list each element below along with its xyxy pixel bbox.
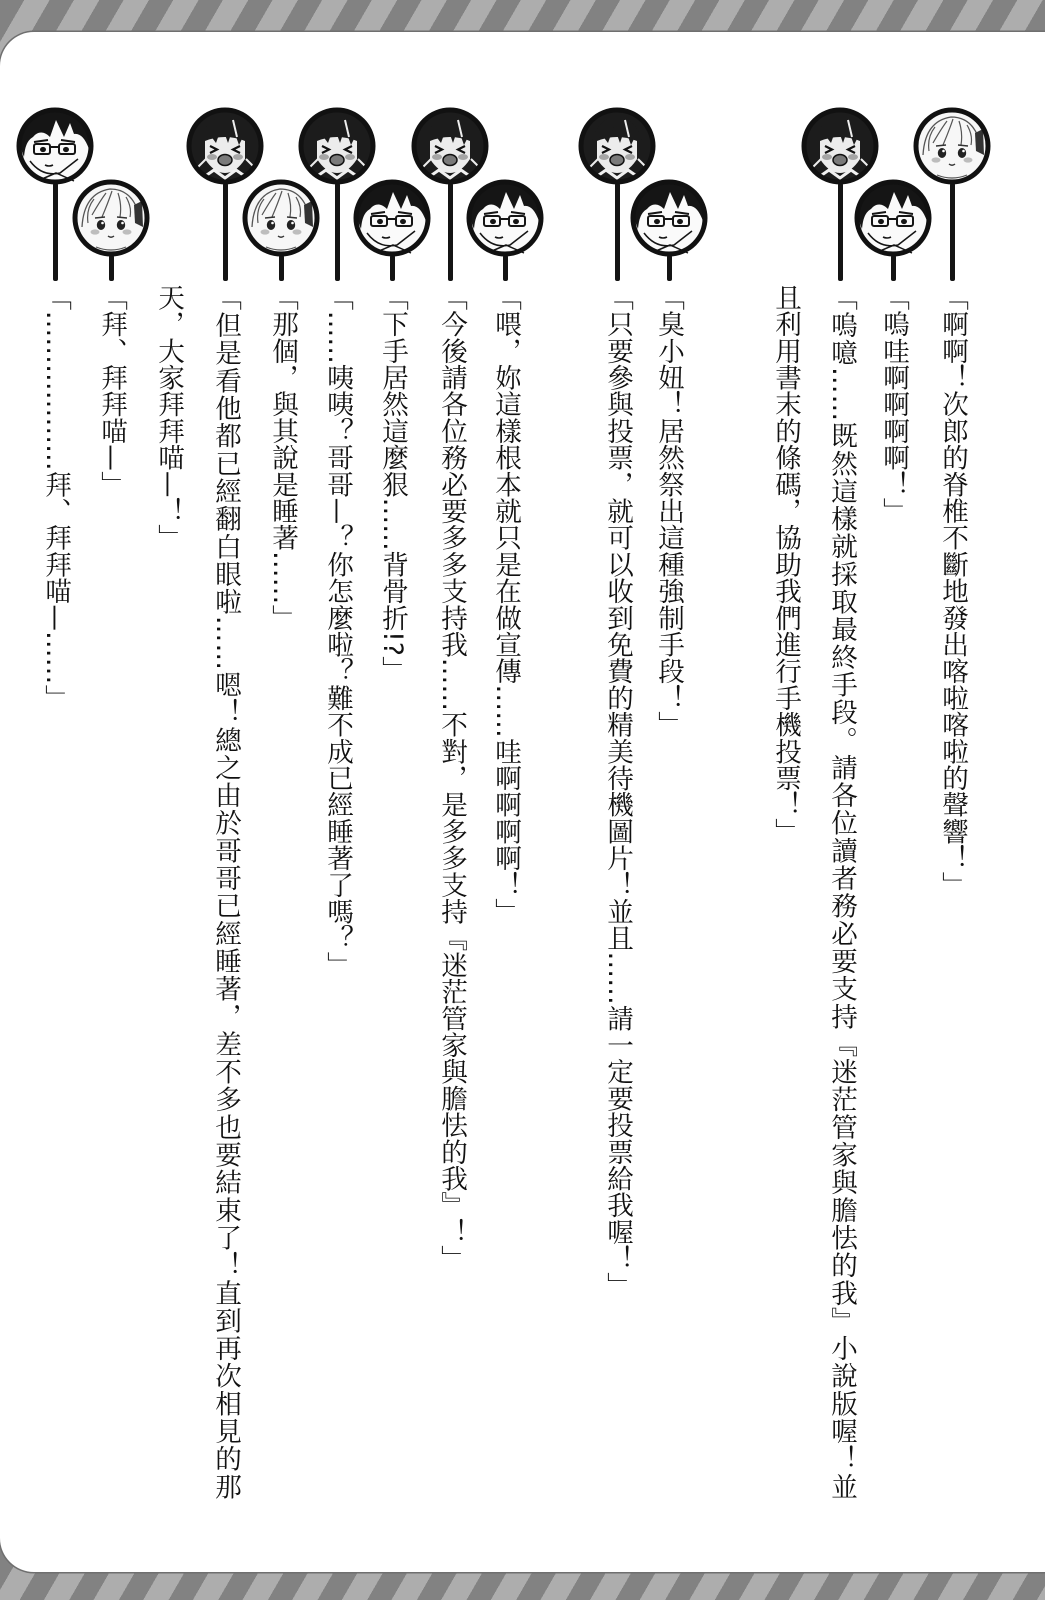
avatar-glasses-boy xyxy=(854,179,932,257)
avatar-glasses-boy xyxy=(353,179,431,257)
avatar-laughing-girl xyxy=(186,107,264,185)
avatar-stick xyxy=(838,183,843,281)
laughing-girl-icon xyxy=(298,107,376,185)
avatar-laughing-girl xyxy=(801,107,879,185)
blonde-girl-icon xyxy=(913,107,991,185)
dialogue-line: 「嗚噫……既然這樣就採取最終手段。請各位讀者務必要支持『迷茫管家與膽怯的我』小說… xyxy=(826,284,856,1501)
dialogue-line: 「………………拜、拜拜喵—……」 xyxy=(40,284,70,711)
dialogue-line: 「拜、拜拜喵—」 xyxy=(96,284,126,498)
dialogue-line-continued: 且利用書末的條碼，協助我們進行手機投票！」 xyxy=(770,284,800,845)
glasses-boy-icon xyxy=(16,107,94,185)
glasses-boy-icon xyxy=(466,179,544,257)
avatar-stick xyxy=(615,183,620,281)
avatar-stick xyxy=(53,183,58,281)
dialogue-line: 「只要參與投票，就可以收到免費的精美待機圖片！並且……請一定要投票給我喔！」 xyxy=(602,284,632,1299)
avatar-stick xyxy=(223,183,228,281)
dialogue-line: 「嗚哇啊啊啊啊！」 xyxy=(878,284,908,524)
laughing-girl-icon xyxy=(186,107,264,185)
avatar-stick xyxy=(503,255,508,281)
dialogue-line: 「……咦咦？哥哥—？你怎麼啦？難不成已經睡著了嗎？」 xyxy=(322,284,352,978)
avatar-stick xyxy=(667,255,672,281)
dialogue-line: 「啊啊！次郎的脊椎不斷地發出喀啦喀啦的聲響！」 xyxy=(937,284,967,898)
page-paper xyxy=(0,32,1045,1572)
avatar-stick xyxy=(448,183,453,281)
avatar-stick xyxy=(891,255,896,281)
avatar-laughing-girl xyxy=(578,107,656,185)
avatar-stick xyxy=(335,183,340,281)
laughing-girl-icon xyxy=(801,107,879,185)
laughing-girl-icon xyxy=(411,107,489,185)
avatar-laughing-girl xyxy=(298,107,376,185)
glasses-boy-icon xyxy=(630,179,708,257)
avatar-stick xyxy=(109,255,114,281)
blonde-girl-icon xyxy=(242,179,320,257)
avatar-stick xyxy=(390,255,395,281)
dialogue-line: 「下手居然這麼狠……背骨折!?」 xyxy=(377,284,407,683)
glasses-boy-icon xyxy=(353,179,431,257)
dialogue-line-continued: 天，大家拜拜喵—！」 xyxy=(153,284,183,551)
dialogue-line: 「臭小妞！居然祭出這種強制手段！」 xyxy=(653,284,683,738)
avatar-stick xyxy=(950,183,955,281)
avatar-blonde-girl xyxy=(242,179,320,257)
avatar-glasses-boy xyxy=(16,107,94,185)
avatar-blonde-girl xyxy=(913,107,991,185)
blonde-girl-icon xyxy=(72,179,150,257)
avatar-stick xyxy=(279,255,284,281)
dialogue-line: 「那個，與其說是睡著……」 xyxy=(267,284,297,631)
avatar-blonde-girl xyxy=(72,179,150,257)
avatar-glasses-boy xyxy=(630,179,708,257)
avatar-glasses-boy xyxy=(466,179,544,257)
dialogue-line: 「但是看他都已經翻白眼啦……嗯！總之由於哥哥已經睡著，差不多也要結束了！直到再次… xyxy=(210,284,240,1501)
book-page: 「啊啊！次郎的脊椎不斷地發出喀啦喀啦的聲響！」 「嗚哇啊啊啊啊！」 「嗚噫……既… xyxy=(0,0,1045,1600)
avatar-laughing-girl xyxy=(411,107,489,185)
glasses-boy-icon xyxy=(854,179,932,257)
dialogue-line: 「喂，妳這樣根本就只是在做宣傳……哇啊啊啊啊！」 xyxy=(490,284,520,925)
laughing-girl-icon xyxy=(578,107,656,185)
dialogue-line: 「今後請各位務必要多多支持我……不對，是多多支持『迷茫管家與膽怯的我』！」 xyxy=(436,284,466,1272)
